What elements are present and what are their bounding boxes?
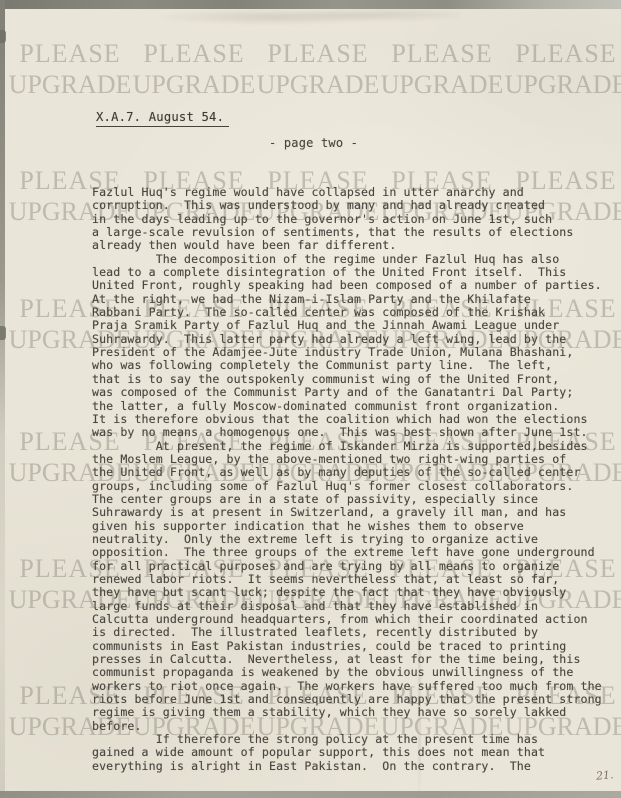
document-content: X.A.7. August 54. - page two - Fazlul Hu…: [0, 0, 621, 798]
page-number-label: - page two -: [269, 136, 358, 150]
scan-edge-mark: [0, 326, 6, 340]
document-reference: X.A.7. August 54.: [96, 110, 229, 127]
document-body-text: Fazlul Huq's regime would have collapsed…: [92, 186, 602, 773]
scan-edge-left: [0, 0, 5, 798]
scan-edge-bottom: [0, 791, 621, 798]
handwritten-page-number: 21.: [595, 768, 614, 782]
scanned-document-page: PLEASEUPGRADEPLEASEUPGRADEPLEASEUPGRADEP…: [0, 0, 621, 798]
scan-edge-top: [0, 0, 621, 9]
scan-edge-mark: [0, 30, 6, 43]
